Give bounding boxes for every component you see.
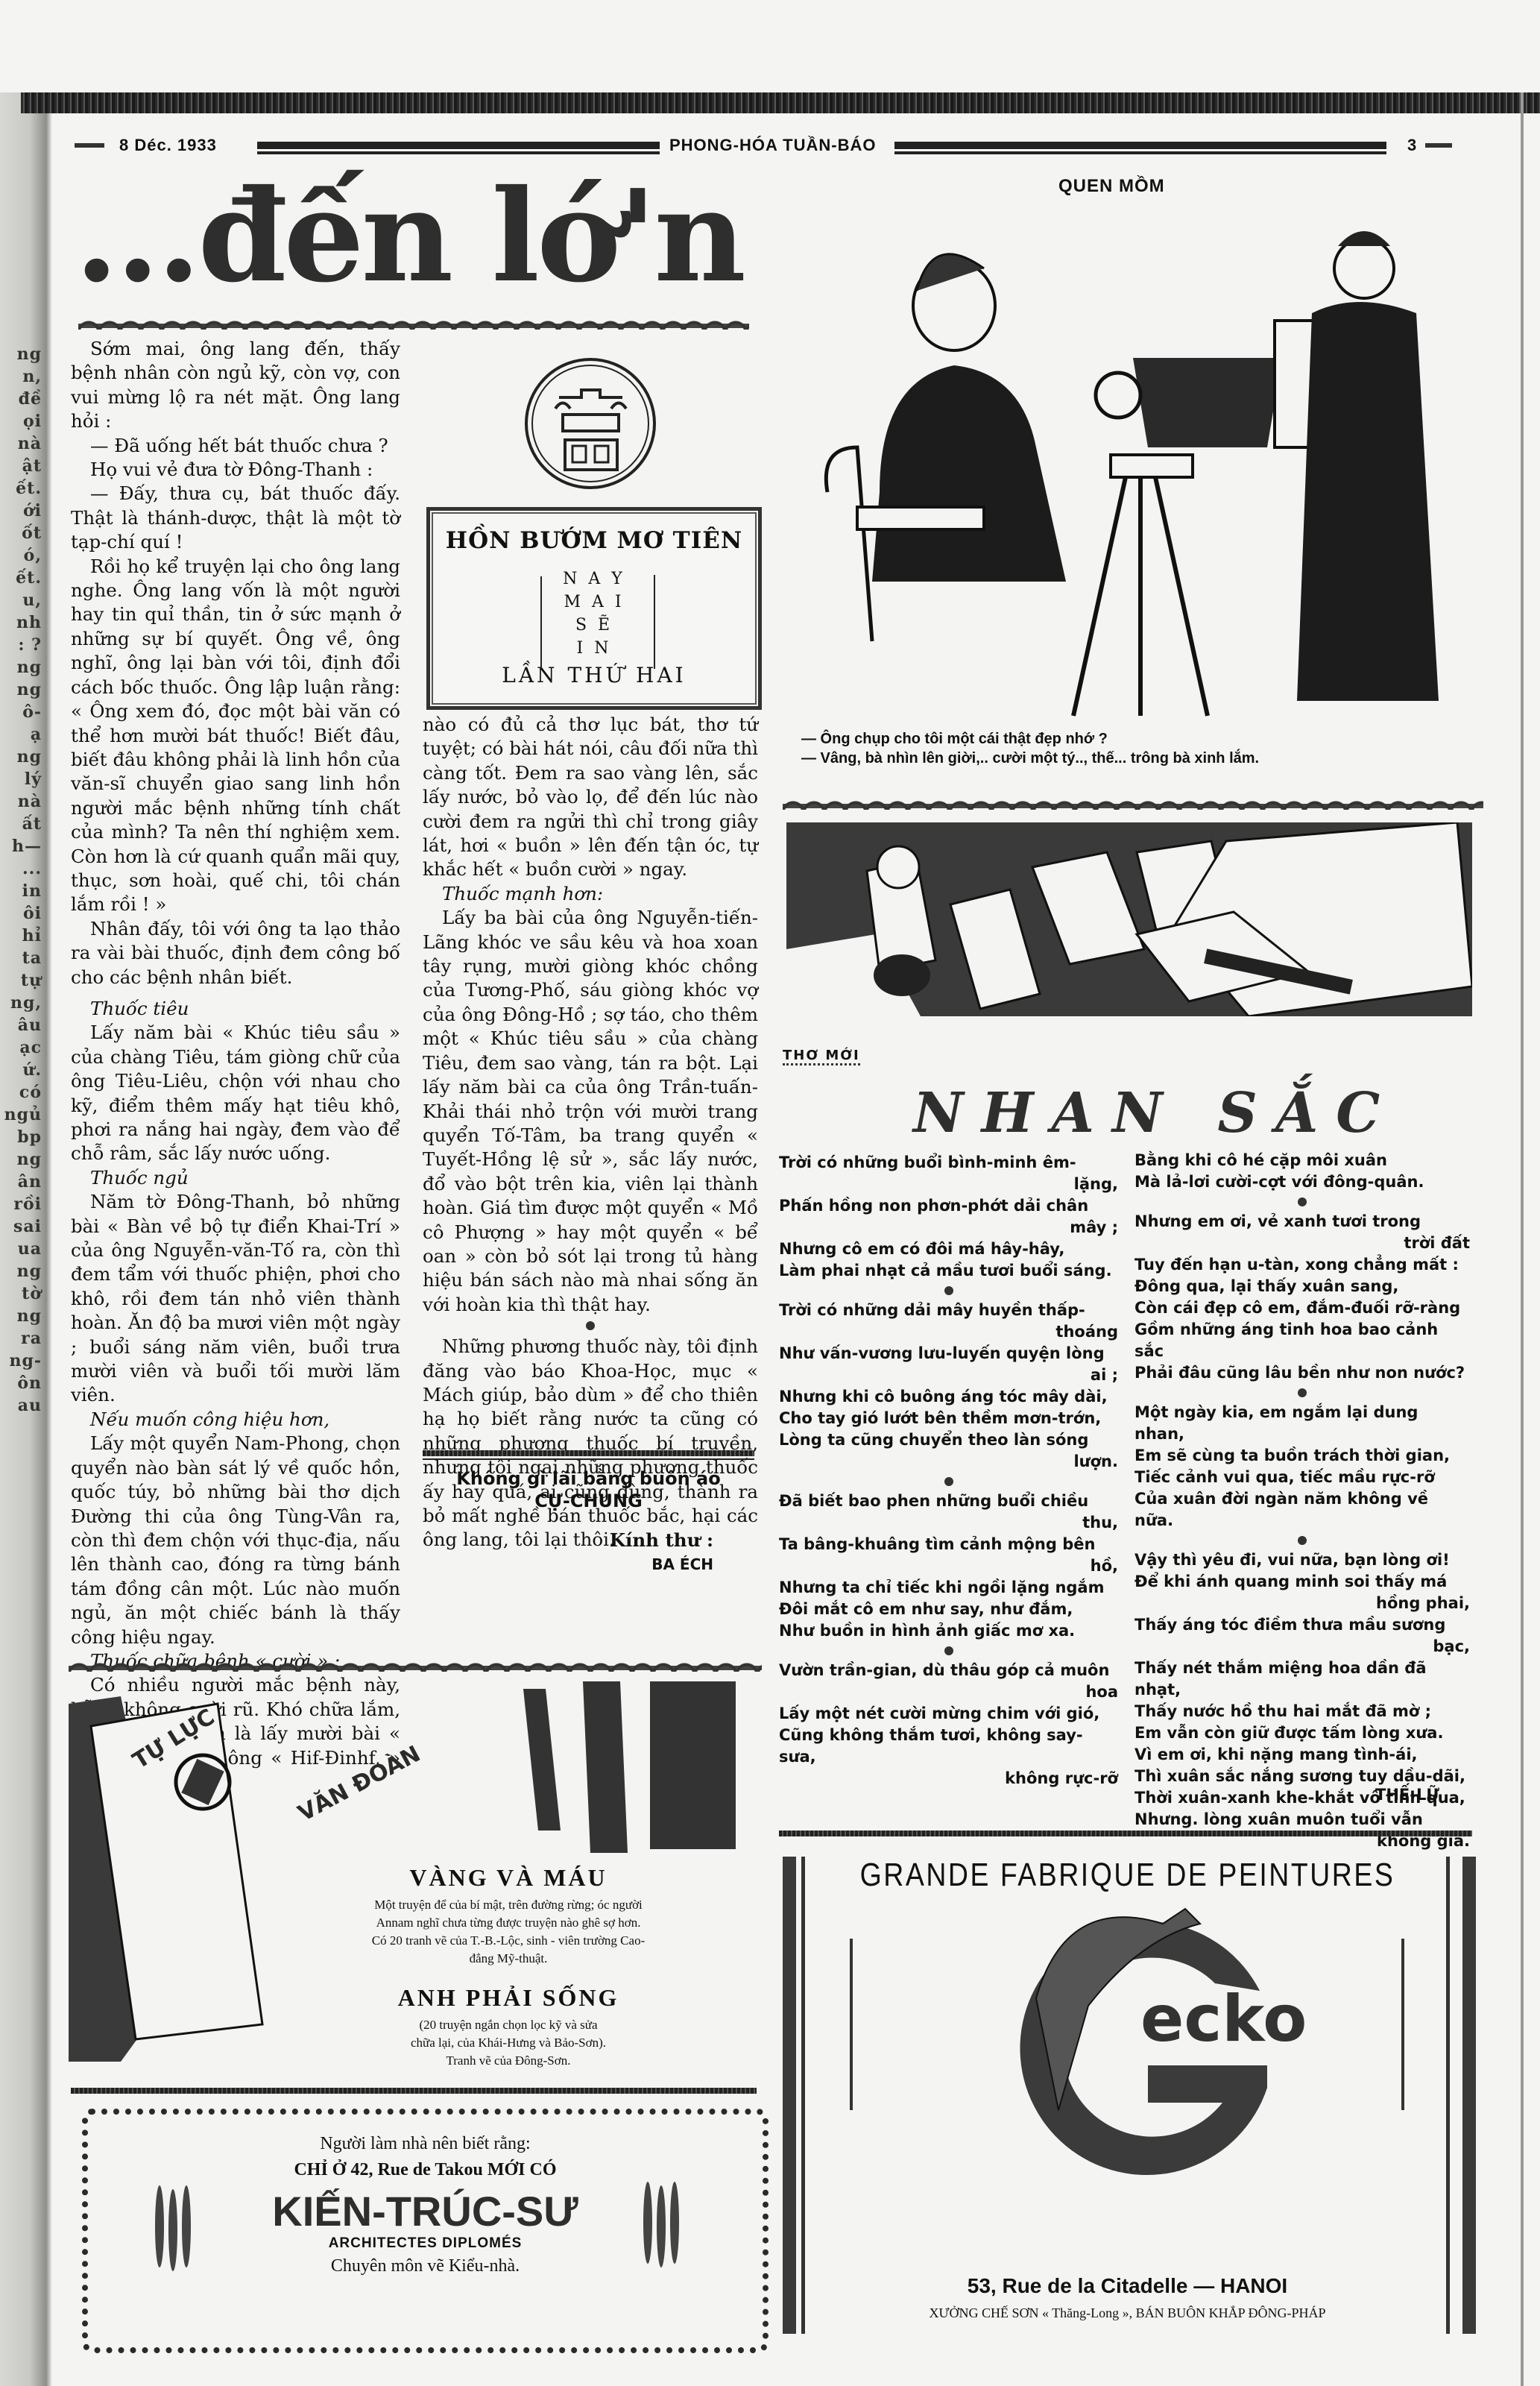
decorative-emblem <box>522 356 660 491</box>
photographer-cartoon-icon <box>798 209 1468 723</box>
fragment-text: ... <box>3 857 42 880</box>
poem-line: Gồm những áng tinh hoa bao cảnh sắc <box>1135 1319 1470 1362</box>
subheading-thuoc-manh: Thuốc mạnh hơn: <box>423 882 758 906</box>
fragment-text: ng <box>3 1148 42 1171</box>
paragraph: Sớm mai, ông lang đến, thấy bệnh nhân cò… <box>71 337 400 434</box>
fragment-text: n, <box>3 365 42 388</box>
fragment-text: ết. <box>3 477 42 500</box>
fragment-text: ốt <box>3 522 42 544</box>
paragraph: Lấy ba bài của ông Nguyễn-tiến-Lãng khóc… <box>423 906 758 1317</box>
desc-line: Tranh vẽ của Đông-Sơn. <box>262 2052 754 2070</box>
caption-line: — Vâng, bà nhìn lên giời,.. cười một tý.… <box>801 749 1259 768</box>
emblem-icon <box>522 356 660 491</box>
poem-line: Như buồn in hình ảnh giấc mơ xa. <box>779 1620 1118 1642</box>
fragment-text: ật <box>3 455 42 477</box>
fragment-text: ngủ <box>3 1104 42 1126</box>
poem-line: Ta bâng-khuâng tìm cảnh mộng bên <box>779 1534 1118 1555</box>
poem-line: Làm phai nhạt cả mầu tươi buổi sáng. <box>779 1260 1118 1282</box>
fragment-text: au <box>3 1394 42 1417</box>
book-title: ANH PHẢI SỐNG <box>262 1984 754 2012</box>
caption-line: — Ông chụp cho tôi một cái thật đẹp nhớ … <box>801 729 1259 749</box>
paragraph: Những phương thuốc này, tôi định đăng và… <box>423 1335 758 1552</box>
divider-rule <box>71 2088 757 2094</box>
poem-line: Thì xuân sắc nắng sương tuy dầu-dãi, <box>1135 1766 1470 1787</box>
paragraph: nào có đủ cả thơ lục bát, thơ tứ tuyệt; … <box>423 713 758 882</box>
poem-line: hoa <box>779 1681 1118 1703</box>
fragment-text: có <box>3 1081 42 1104</box>
fragment-text: ng- <box>3 1350 42 1372</box>
article-column-1: Sớm mai, ông lang đến, thấy bệnh nhân cò… <box>71 337 400 1794</box>
poem-line: Thấy áng tóc điềm thưa mầu sương <box>1135 1614 1470 1636</box>
poem-line: Vậy thì yêu đi, vui nữa, bạn lòng ơi! <box>1135 1549 1470 1571</box>
subheading-thuoc-ngu: Thuốc ngủ <box>71 1166 400 1190</box>
desc-line: đẳng Mỹ-thuật. <box>262 1950 754 1968</box>
article-author: BA ÉCH <box>423 1552 758 1576</box>
fragment-text: ng <box>3 679 42 701</box>
paragraph: Lấy năm bài « Khúc tiêu sầu » của chàng … <box>71 1021 400 1165</box>
poem-line: Một ngày kia, em ngắm lại dung nhan, <box>1135 1402 1470 1445</box>
poem-section-label: THƠ MỚI <box>783 1048 860 1065</box>
announcement-footer: LẦN THỨ HAI <box>430 663 758 687</box>
fragment-text: ó, <box>3 544 42 567</box>
poem-line: Vì em ơi, khi nặng mang tình-ái, <box>1135 1744 1470 1766</box>
poem-line: Lấy một nét cười mừng chim với gió, <box>779 1703 1118 1725</box>
announcement-title: HỒN BƯỚM MƠ TIÊN <box>430 527 758 554</box>
poem-line: hồ, <box>779 1555 1118 1577</box>
fragment-text: ta <box>3 947 42 969</box>
announcement-line: N A Y <box>430 567 758 591</box>
poem-line: Nhưng ta chỉ tiếc khi ngồi lặng ngắm <box>779 1577 1118 1599</box>
fragment-text: hỉ <box>3 925 42 947</box>
gecko-ad-title: GRANDE FABRIQUE DE PEINTURES <box>859 1857 1395 1894</box>
divider-rule <box>423 1450 754 1456</box>
stanza-ornament <box>944 1646 953 1655</box>
masthead-rule-right <box>894 142 1386 151</box>
fragment-text: ng <box>3 343 42 365</box>
fragment-text: ứ. <box>3 1059 42 1081</box>
poem-line: Tiếc cảnh vui qua, tiếc mầu rực-rỡ <box>1135 1467 1470 1488</box>
previous-page-fragments: ngn,đềọinàậtết.ớiốtó,ết.u,nh: ?ngngô-ạng… <box>3 343 42 1417</box>
fragment-text: sai <box>3 1215 42 1238</box>
fragment-text: ôn <box>3 1372 42 1394</box>
fragment-text: ng <box>3 746 42 768</box>
poem-line: Như vấn-vương lưu-luyến quyện lòng <box>779 1343 1118 1364</box>
architect-line1: Người làm nhà nên biết rằng: <box>88 2134 763 2154</box>
paragraph: Năm tờ Đông-Thanh, bỏ những bài « Bàn về… <box>71 1190 400 1408</box>
poem-line: ai ; <box>779 1364 1118 1386</box>
desc-line: Một truyện để của bí mật, trên đường rừn… <box>262 1896 754 1914</box>
ornament-stroke-right <box>1401 1939 1404 2110</box>
announcement-lines: N A Y M A I S Ẽ I N <box>430 567 758 660</box>
top-edge-band <box>21 92 1540 113</box>
poem-line: Phấn hồng non phơn-phớt dải chân <box>779 1195 1118 1217</box>
cu-chung-brand: CỰ-CHUNG <box>423 1490 754 1512</box>
poem-line: không rực-rỡ <box>779 1768 1118 1789</box>
poem-line: Em vẫn còn giữ được tấm lòng xưa. <box>1135 1722 1470 1744</box>
poem-line: Bằng khi cô hé cặp môi xuân <box>1135 1150 1470 1171</box>
fragment-text: tờ <box>3 1282 42 1305</box>
announcement-line: I N <box>430 637 758 660</box>
masthead-rule-left <box>75 143 104 148</box>
desc-line: (20 truyện ngắn chọn lọc kỹ và sửa <box>262 2016 754 2034</box>
architect-ad: Người làm nhà nên biết rằng: CHỈ Ở 42, R… <box>82 2109 769 2353</box>
border-bar-left <box>783 1857 796 2334</box>
paragraph: — Đã uống hết bát thuốc chưa ? <box>71 434 400 458</box>
poem-line: Đôi mắt cô em như say, như đắm, <box>779 1599 1118 1620</box>
book-description: Một truyện để của bí mật, trên đường rừn… <box>262 1896 754 1968</box>
gecko-logo-text: ecko <box>1140 1982 1307 2056</box>
ornament-stroke-left <box>850 1939 853 2110</box>
announcement-line: M A I <box>430 591 758 614</box>
page-number: 3 <box>1407 136 1417 155</box>
poem-line: Em sẽ cùng ta buồn trách thời gian, <box>1135 1445 1470 1467</box>
fragment-text: nà <box>3 432 42 455</box>
wavy-divider <box>69 1655 762 1672</box>
fragment-text: bp <box>3 1126 42 1148</box>
fragment-text: lý <box>3 768 42 790</box>
poem-line: Tuy đến hạn u-tàn, xong chẳng mất : <box>1135 1254 1470 1276</box>
desc-line: chữa lại, của Khái-Hưng và Bảo-Sơn). <box>262 2034 754 2052</box>
fragment-text: ra <box>3 1327 42 1350</box>
poem-left-column: Trời có những buổi bình-minh êm-lặng,Phấ… <box>779 1152 1118 1789</box>
leaf-ornament-icon <box>155 2185 164 2267</box>
fragment-text: ết. <box>3 567 42 589</box>
desc-line: Có 20 tranh vẽ của T.-B.-Lộc, sinh - viê… <box>262 1932 754 1950</box>
poem-line: Nhưng cô em có đôi má hây-hây, <box>779 1238 1118 1260</box>
paragraph: Họ vui vẻ đưa tờ Đông-Thanh : <box>71 458 400 482</box>
fragment-text: ôi <box>3 902 42 925</box>
desc-line: Annam nghĩ chưa từng được truyện nào ghê… <box>262 1914 754 1932</box>
border-bar-right <box>1462 1857 1476 2334</box>
poem-right-column: Bằng khi cô hé cặp môi xuânMà lả-lơi cườ… <box>1135 1150 1470 1852</box>
stanza-ornament <box>944 1477 953 1486</box>
poem-line: trời đất <box>1135 1233 1470 1254</box>
stanza-ornament <box>1298 1197 1307 1206</box>
poem-line: thu, <box>779 1512 1118 1534</box>
ornament-dot <box>586 1321 595 1330</box>
border-bar-left-thin <box>801 1857 805 2334</box>
poem-line: lặng, <box>779 1174 1118 1195</box>
fragment-text: ô- <box>3 701 42 723</box>
fragment-text: h— <box>3 835 42 857</box>
fragment-text: ng <box>3 1305 42 1327</box>
poem-line: Mà lả-lơi cười-cợt với đông-quân. <box>1135 1171 1470 1193</box>
poem-line: Nhưng khi cô buông áng tóc mây dài, <box>779 1386 1118 1408</box>
architect-subtitle: ARCHITECTES DIPLOMÉS <box>88 2235 763 2252</box>
fragment-text: tự <box>3 969 42 992</box>
cu-chung-ad: Không gì lãi bằng buôn áo CỰ-CHUNG <box>423 1467 754 1512</box>
fragment-text: in <box>3 880 42 902</box>
masthead-date: 8 Déc. 1933 <box>119 136 217 155</box>
fragment-text: ạ <box>3 723 42 746</box>
masthead-rule <box>257 142 660 151</box>
fragment-text: nà <box>3 790 42 813</box>
poem-line: lượn. <box>779 1451 1118 1473</box>
fragment-text: đề <box>3 388 42 410</box>
stanza-ornament <box>1298 1388 1307 1397</box>
fragment-text: ua <box>3 1238 42 1260</box>
fragment-text: ng <box>3 656 42 679</box>
fragment-text: ng, <box>3 992 42 1014</box>
cartoon-title: QUEN MỒM <box>1058 176 1165 197</box>
poem-line: Đã biết bao phen những buổi chiều <box>779 1491 1118 1512</box>
stanza-ornament <box>1298 1536 1307 1545</box>
article-column-2: nào có đủ cả thơ lục bát, thơ tứ tuyệt; … <box>423 713 758 1577</box>
wavy-divider <box>783 793 1483 810</box>
poem-line: Cũng không thắm tươi, không say-sưa, <box>779 1725 1118 1768</box>
divider-rule-thin <box>423 1458 754 1460</box>
poem-line: Nhưng em ơi, vẻ xanh tươi trong <box>1135 1211 1470 1233</box>
fragment-text: âu <box>3 1014 42 1036</box>
poem-line: Trời có những dải mây huyền thấp- <box>779 1300 1118 1321</box>
poem-line: mây ; <box>779 1217 1118 1238</box>
vertical-rule <box>654 575 655 669</box>
cartoon-illustration <box>798 209 1468 723</box>
architect-headline: KIẾN-TRÚC-SƯ <box>88 2188 763 2235</box>
poem-line: Lòng ta cũng chuyển theo làn sóng <box>779 1429 1118 1451</box>
page-number-rule <box>1425 143 1452 148</box>
poem-line: thoáng <box>779 1321 1118 1343</box>
poem-line: Thấy nước hồ thu hai mắt đã mờ ; <box>1135 1701 1470 1722</box>
fragment-text: u, <box>3 589 42 611</box>
paragraph: — Đấy, thưa cụ, bát thuốc đấy. Thật là t… <box>71 482 400 554</box>
poem-line: Cho tay gió lướt bên thềm mơn-trớn, <box>779 1408 1118 1429</box>
paragraph: Rồi họ kể truyện lại cho ông lang nghe. … <box>71 555 400 917</box>
poem-line: Đông qua, lại thấy xuân sang, <box>1135 1276 1470 1297</box>
poem-line: Của xuân đời ngàn năm không về nữa. <box>1135 1488 1470 1532</box>
right-edge-shadow <box>1521 92 1524 2386</box>
masthead-publication: PHONG-HÓA TUẦN-BÁO <box>669 136 877 155</box>
fragment-text: nh <box>3 611 42 634</box>
poem-line: Vườn trần-gian, dù thâu góp cả muôn <box>779 1660 1118 1681</box>
cu-chung-line: Không gì lãi bằng buôn áo <box>423 1467 754 1490</box>
gecko-address: 53, Rue de la Citadelle — HANOI <box>812 2274 1442 2298</box>
fragment-text: : ? <box>3 634 42 656</box>
fragment-text: ạc <box>3 1036 42 1059</box>
architect-line2: CHỈ Ở 42, Rue de Takou MỚI CÓ <box>88 2160 763 2180</box>
poem-author: THẾ-LỮ <box>1375 1786 1439 1804</box>
fragment-text: ân <box>3 1171 42 1193</box>
paragraph: Nhân đấy, tôi với ông ta lạo thảo ra vài… <box>71 917 400 989</box>
poem-line: bạc, <box>1135 1636 1470 1658</box>
poem-line: Còn cái đẹp cô em, đắm-đuối rỡ-ràng <box>1135 1297 1470 1319</box>
vertical-rule <box>540 576 542 669</box>
article-headline: ...đến lớ'n <box>75 173 743 300</box>
poem-line: Thấy nét thắm miệng hoa dần đã nhạt, <box>1135 1658 1470 1701</box>
book-description: (20 truyện ngắn chọn lọc kỹ và sửa chữa … <box>262 2016 754 2070</box>
divider-rule <box>779 1831 1472 1836</box>
still-life-illustration <box>786 822 1472 1016</box>
subheading-thuoc-tieu: Thuốc tiêu <box>71 997 400 1021</box>
leaf-ornament-icon <box>643 2182 652 2264</box>
stanza-ornament <box>944 1286 953 1295</box>
gecko-footer: XƯỞNG CHẾ SƠN « Thăng-Long », BÁN BUÔN K… <box>812 2305 1442 2321</box>
books-lamp-icon <box>786 822 1472 1016</box>
subheading-neu-muon: Nếu muốn công hiệu hơn, <box>71 1408 400 1432</box>
tu-luc-van-doan-ad: TỰ LỰC VĂN ĐOÀN VÀNG VÀ MÁU Một truyện đ… <box>69 1681 762 2062</box>
poem-line: Để khi ánh quang minh soi thấy má <box>1135 1571 1470 1593</box>
fragment-text: ọi <box>3 410 42 432</box>
poem-line: Nhưng. lòng xuân muôn tuổi vẫn <box>1135 1809 1470 1831</box>
poem-line: hồng phai, <box>1135 1593 1470 1614</box>
fragment-text: rồi <box>3 1193 42 1215</box>
fragment-text: ng <box>3 1260 42 1282</box>
architect-line3: Chuyên môn vẽ Kiểu-nhà. <box>88 2256 763 2276</box>
poem-title: NHAN SẮC <box>913 1081 1398 1145</box>
cartoon-caption: — Ông chụp cho tôi một cái thật đẹp nhớ … <box>801 729 1259 768</box>
announcement-box: HỒN BƯỚM MƠ TIÊN N A Y M A I S Ẽ I N LẦN… <box>426 507 762 710</box>
border-bar-right-thin <box>1446 1857 1450 2334</box>
fragment-text: ới <box>3 500 42 522</box>
book-title: VÀNG VÀ MÁU <box>262 1864 754 1892</box>
poem-line: Phải đâu cũng lâu bền như non nước? <box>1135 1362 1470 1384</box>
book-listings: VÀNG VÀ MÁU Một truyện để của bí mật, tr… <box>262 1864 754 2070</box>
poem-line: Trời có những buổi bình-minh êm- <box>779 1152 1118 1174</box>
announcement-line: S Ẽ <box>430 614 758 637</box>
paragraph: Lấy một quyển Nam-Phong, chọn quyển nào … <box>71 1432 400 1649</box>
wavy-divider <box>78 313 749 330</box>
fragment-text: ất <box>3 813 42 835</box>
